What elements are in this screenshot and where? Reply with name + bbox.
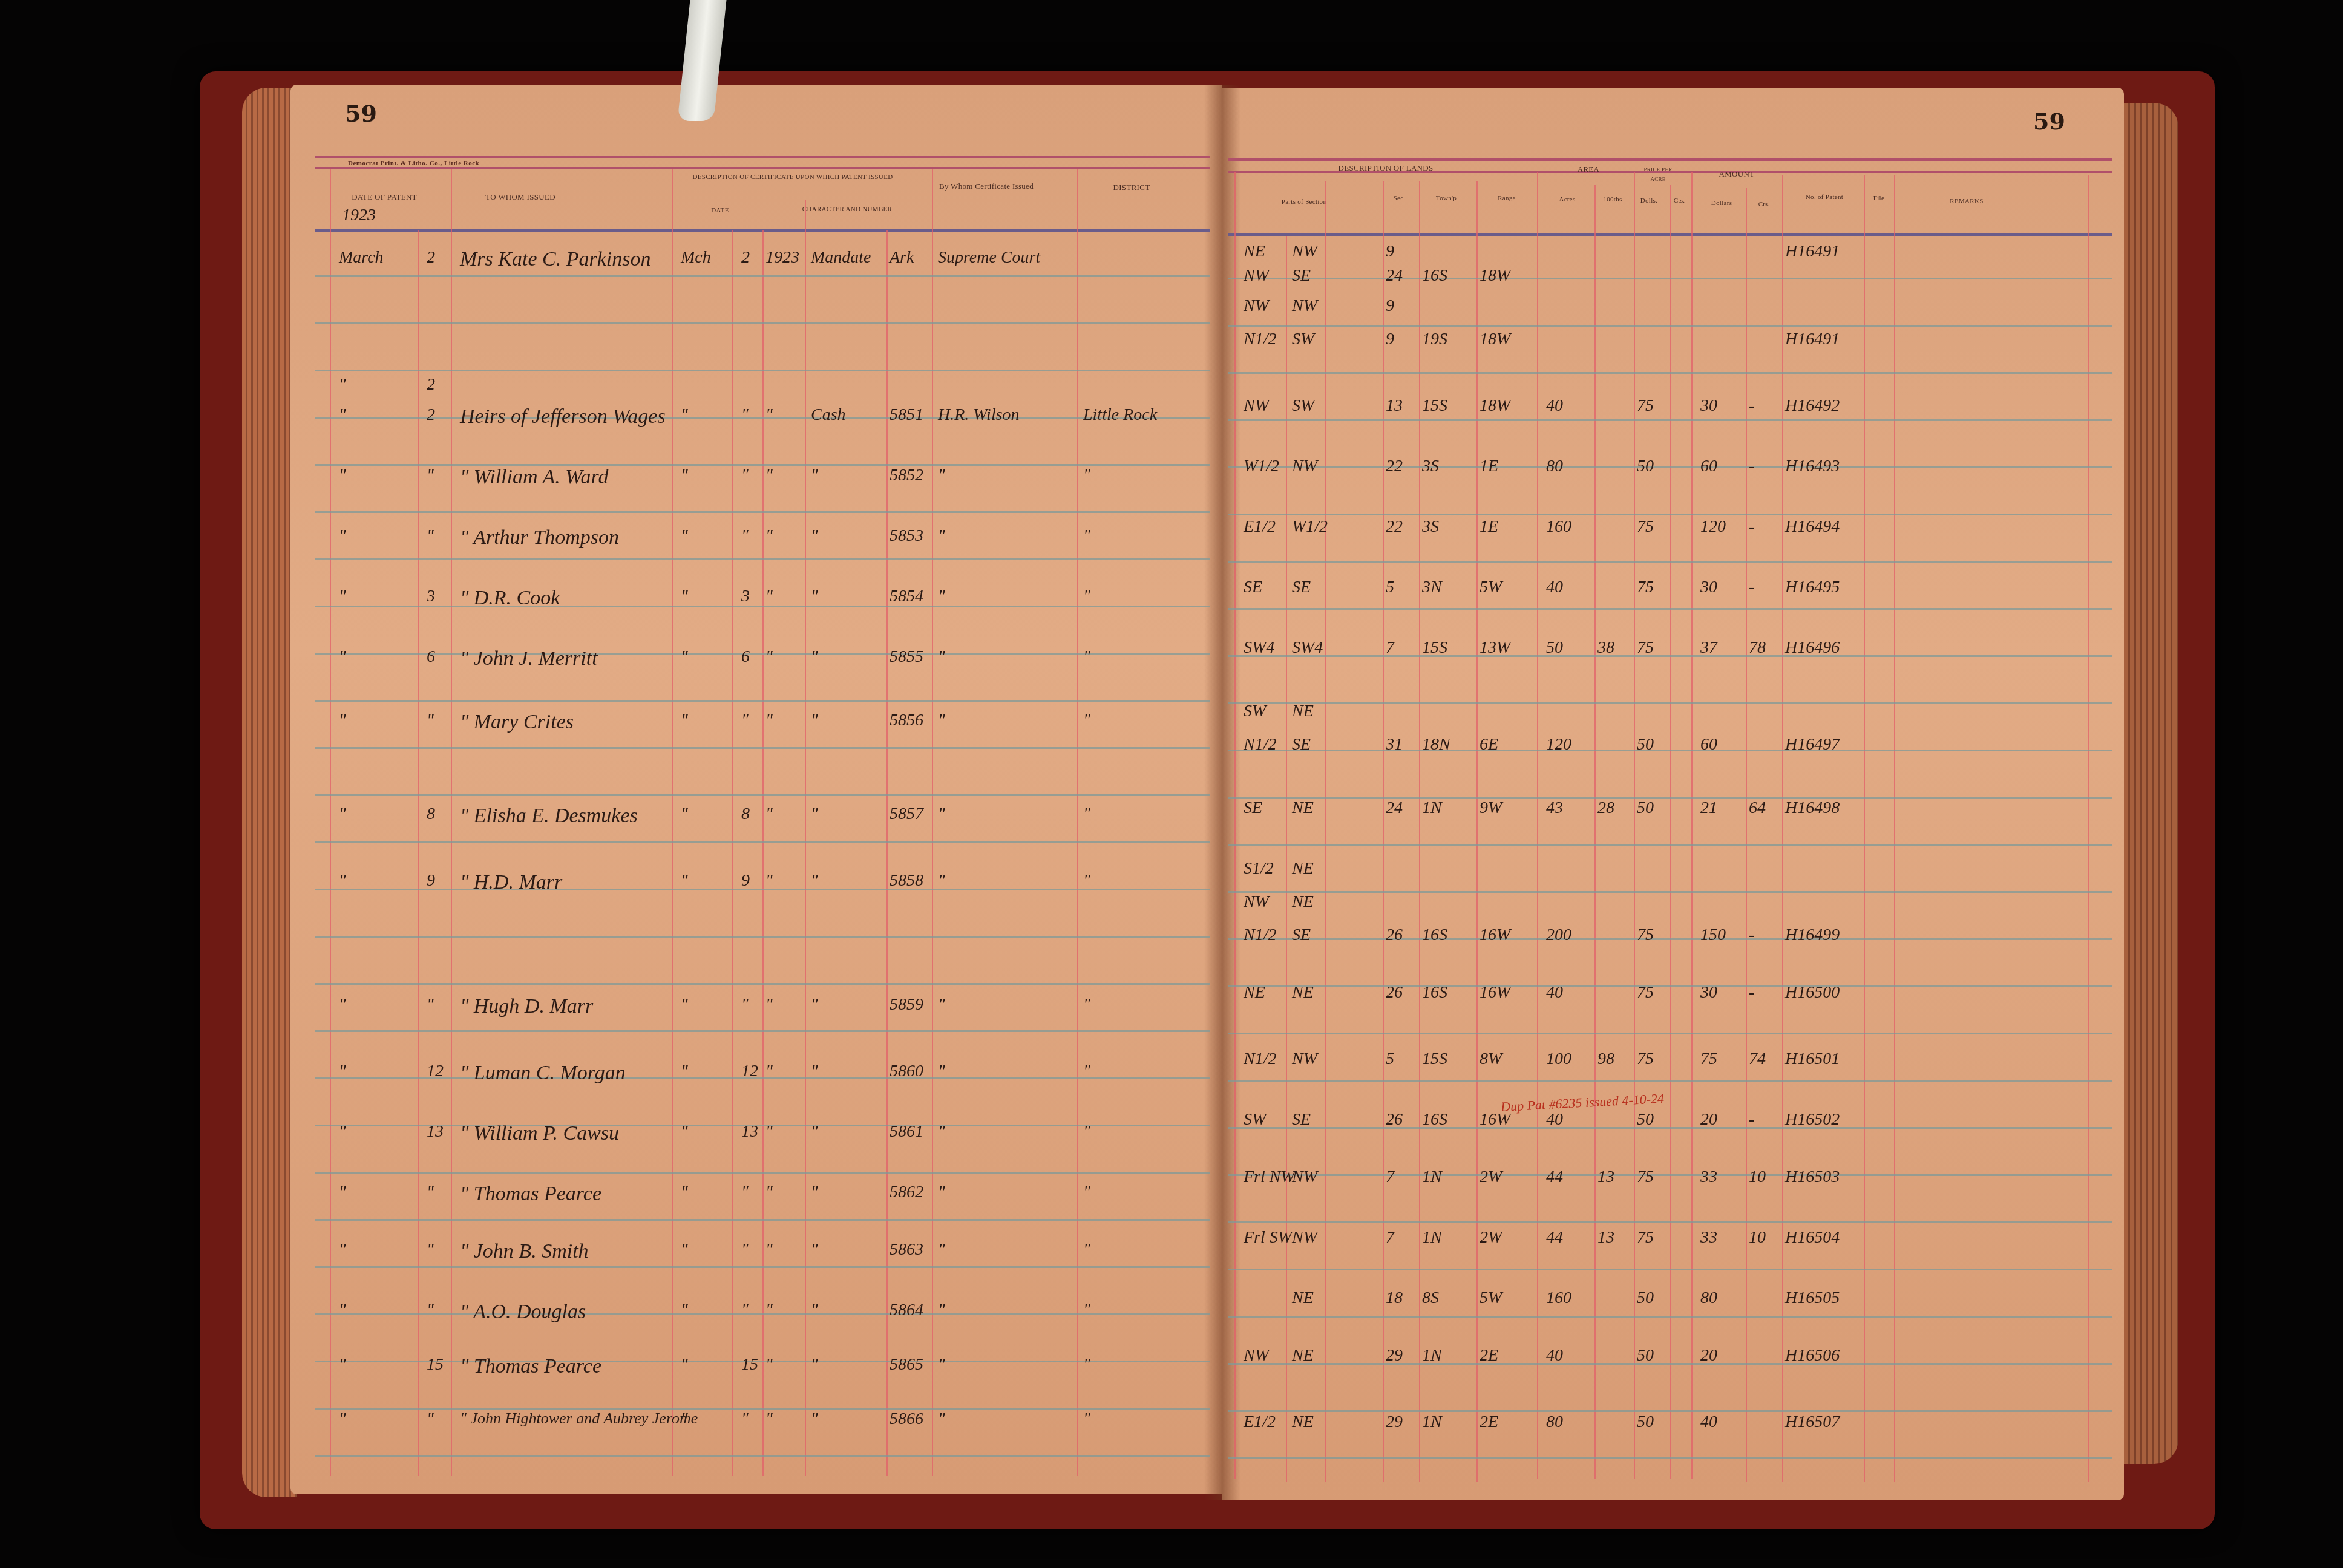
right-cell-acres: 40 — [1546, 396, 1563, 416]
right-cell-acres: 40 — [1546, 1110, 1563, 1129]
left-cell-cert-day: 12 — [741, 1062, 758, 1081]
right-cell-twp: 8S — [1422, 1289, 1439, 1308]
left-cell-character: " — [811, 1301, 818, 1320]
left-cell-by-whom: " — [938, 526, 945, 546]
left-cell-character: " — [811, 1183, 818, 1202]
right-cell-sec: 7 — [1386, 638, 1394, 658]
left-cell-day: 12 — [427, 1062, 444, 1081]
left-cell-day: " — [427, 1410, 434, 1429]
left-cell-by-whom: " — [938, 1355, 945, 1374]
left-cell-cert-month: " — [681, 1240, 688, 1259]
left-cell-day: 2 — [427, 248, 435, 267]
row-rule — [1228, 514, 2112, 515]
right-cell-acres: 44 — [1546, 1228, 1563, 1247]
left-cell-month: " — [339, 375, 346, 394]
left-cell-name: Heirs of Jefferson Wages — [460, 405, 666, 428]
right-cell-range: 9W — [1480, 799, 1502, 818]
header-year: 1923 — [342, 206, 376, 225]
right-cell-sec: 24 — [1386, 799, 1403, 818]
right-cell-range: 1E — [1480, 517, 1498, 537]
left-cell-month: " — [339, 871, 346, 890]
right-cell-cts: - — [1749, 983, 1754, 1002]
row-rule — [315, 417, 1210, 419]
column-rule — [1782, 175, 1783, 1482]
page-edges-left — [242, 88, 297, 1497]
right-cell-twp: 1N — [1422, 1346, 1442, 1365]
right-cell-twp: 1N — [1422, 1413, 1442, 1432]
right-cell-sec: 26 — [1386, 926, 1403, 945]
left-cell-day: " — [427, 526, 434, 546]
right-cell-part: NW — [1244, 1346, 1269, 1365]
row-rule — [1228, 797, 2112, 799]
row-rule — [315, 1077, 1210, 1079]
right-cell-acres: 40 — [1546, 983, 1563, 1002]
row-rule — [1228, 325, 2112, 327]
right-cell-price: 75 — [1637, 578, 1654, 597]
left-cell-cert-month: " — [681, 1062, 688, 1081]
right-cell-patent: H16491 — [1785, 242, 1840, 261]
left-cell-district: " — [1083, 1183, 1090, 1202]
left-cell-cert-year: " — [765, 995, 773, 1014]
right-cell-dollars: 30 — [1700, 578, 1717, 597]
header-district: DISTRICT — [1083, 183, 1180, 192]
left-cell-character: " — [811, 1355, 818, 1374]
left-cell-by-whom: " — [938, 871, 945, 890]
left-cell-character: " — [811, 466, 818, 485]
left-cell-by-whom: " — [938, 995, 945, 1014]
right-cell-range: 16W — [1480, 926, 1510, 945]
left-cell-day: 2 — [427, 405, 435, 425]
left-cell-month: " — [339, 466, 346, 485]
right-cell-quarter: SE — [1292, 266, 1311, 286]
right-cell-hund: 28 — [1597, 799, 1614, 818]
right-cell-sec: 22 — [1386, 517, 1403, 537]
right-cell-range: 8W — [1480, 1050, 1502, 1069]
header-amount: AMOUNT — [1694, 169, 1779, 179]
left-cell-month: " — [339, 526, 346, 546]
left-cell-number: Ark — [890, 248, 914, 267]
left-cell-number: 5862 — [890, 1183, 923, 1202]
column-rule — [1419, 181, 1420, 1482]
left-cell-district: " — [1083, 1301, 1090, 1320]
left-cell-character: " — [811, 647, 818, 667]
header-by-whom: By Whom Certificate Issued — [932, 181, 1041, 191]
right-cell-part: SE — [1244, 578, 1262, 597]
column-rule — [1746, 188, 1747, 1482]
right-cell-dollars: 30 — [1700, 396, 1717, 416]
right-cell-quarter: SE — [1292, 578, 1311, 597]
right-cell-price: 75 — [1637, 638, 1654, 658]
left-cell-cert-day: 8 — [741, 805, 750, 824]
left-cell-by-whom: " — [938, 587, 945, 606]
right-cell-acres: 43 — [1546, 799, 1563, 818]
right-cell-dollars: 33 — [1700, 1228, 1717, 1247]
right-cell-sec: 9 — [1386, 330, 1394, 349]
right-cell-cts: 64 — [1749, 799, 1766, 818]
row-rule — [1228, 419, 2112, 421]
right-cell-patent: H16507 — [1785, 1413, 1840, 1432]
right-cell-twp: 16S — [1422, 926, 1447, 945]
left-cell-district: " — [1083, 526, 1090, 546]
left-cell-number: 5859 — [890, 995, 923, 1014]
left-cell-name: " John J. Merritt — [460, 647, 598, 670]
column-rule — [1286, 236, 1287, 1482]
left-cell-name: " Luman C. Morgan — [460, 1062, 626, 1085]
right-cell-part: E1/2 — [1244, 1413, 1276, 1432]
right-cell-acres: 80 — [1546, 1413, 1563, 1432]
left-cell-day: 2 — [427, 375, 435, 394]
right-cell-patent: H16493 — [1785, 457, 1840, 476]
left-cell-number: 5858 — [890, 871, 923, 890]
right-cell-quarter: NW — [1292, 457, 1317, 476]
left-cell-by-whom: " — [938, 1122, 945, 1142]
right-cell-sec: 7 — [1386, 1228, 1394, 1247]
left-cell-cert-month: " — [681, 711, 688, 730]
right-cell-price: 75 — [1637, 396, 1654, 416]
left-cell-character: " — [811, 711, 818, 730]
left-cell-by-whom: " — [938, 647, 945, 667]
right-cell-twp: 1N — [1422, 799, 1442, 818]
right-cell-dollars: 30 — [1700, 983, 1717, 1002]
left-cell-district: " — [1083, 805, 1090, 824]
right-cell-price: 75 — [1637, 517, 1654, 537]
right-cell-range: 1E — [1480, 457, 1498, 476]
left-cell-name: " A.O. Douglas — [460, 1301, 586, 1324]
right-cell-twp: 16S — [1422, 1110, 1447, 1129]
header-parts-of-section: Parts of Section — [1240, 197, 1368, 207]
row-rule — [1228, 844, 2112, 846]
left-cell-number: 5852 — [890, 466, 923, 485]
right-cell-part: Frl SW — [1244, 1228, 1292, 1247]
right-cell-sec: 26 — [1386, 1110, 1403, 1129]
right-cell-dollars: 37 — [1700, 638, 1717, 658]
column-rule — [2088, 175, 2089, 1482]
left-cell-district: " — [1083, 587, 1090, 606]
left-cell-cert-year: " — [765, 1183, 773, 1202]
right-cell-sec: 29 — [1386, 1413, 1403, 1432]
column-rule — [1894, 175, 1895, 1482]
left-cell-cert-month: " — [681, 466, 688, 485]
right-cell-range: 13W — [1480, 638, 1510, 658]
left-cell-name: " Hugh D. Marr — [460, 995, 593, 1018]
right-cell-twp: 16S — [1422, 266, 1447, 286]
right-cell-hund: 13 — [1597, 1168, 1614, 1187]
right-cell-quarter: NE — [1292, 1346, 1314, 1365]
right-cell-cts: 10 — [1749, 1228, 1766, 1247]
left-cell-district: " — [1083, 1240, 1090, 1259]
left-cell-name: " Arthur Thompson — [460, 526, 619, 549]
right-cell-cts: - — [1749, 1110, 1754, 1129]
left-cell-day: 13 — [427, 1122, 444, 1142]
right-cell-part: N1/2 — [1244, 330, 1276, 349]
row-rule — [1228, 1127, 2112, 1129]
header-date-of-patent: DATE OF PATENT — [327, 192, 442, 202]
column-rule — [805, 200, 806, 1476]
right-cell-sec: 9 — [1386, 242, 1394, 261]
right-cell-dollars: 40 — [1700, 1413, 1717, 1432]
left-cell-cert-month: " — [681, 1122, 688, 1142]
row-rule — [1228, 1033, 2112, 1034]
column-rule — [1670, 185, 1671, 1479]
left-cell-cert-day: " — [741, 711, 749, 730]
right-cell-acres: 100 — [1546, 1050, 1571, 1069]
header-remarks: REMARKS — [1906, 197, 2027, 206]
left-cell-character: " — [811, 1122, 818, 1142]
right-cell-price: 75 — [1637, 1168, 1654, 1187]
right-cell-patent: H16504 — [1785, 1228, 1840, 1247]
right-cell-quarter: SW — [1292, 330, 1314, 349]
row-rule — [1228, 466, 2112, 468]
right-cell-patent: H16500 — [1785, 983, 1840, 1002]
right-cell-twp: 15S — [1422, 638, 1447, 658]
row-rule — [315, 653, 1210, 655]
right-cell-part: N1/2 — [1244, 1050, 1276, 1069]
column-rule — [451, 169, 452, 1476]
left-cell-character: Cash — [811, 405, 846, 425]
right-cell-dollars: 120 — [1700, 517, 1726, 537]
row-rule — [315, 1313, 1210, 1315]
right-cell-acres: 40 — [1546, 578, 1563, 597]
right-cell-sec: 13 — [1386, 396, 1403, 416]
left-cell-cert-year: " — [765, 1410, 773, 1429]
left-cell-cert-year: " — [765, 711, 773, 730]
left-cell-day: 6 — [427, 647, 435, 667]
right-cell-dollars: 75 — [1700, 1050, 1717, 1069]
row-rule — [1228, 750, 2112, 751]
right-cell-range: 18W — [1480, 396, 1510, 416]
header-rule-top-right — [1228, 158, 2112, 161]
right-cell-twp: 3S — [1422, 517, 1439, 537]
column-rule — [1476, 181, 1478, 1482]
row-rule — [1228, 1457, 2112, 1459]
right-cell-quarter: NW — [1292, 296, 1317, 316]
left-cell-district: " — [1083, 711, 1090, 730]
right-cell-cts: - — [1749, 578, 1754, 597]
left-cell-by-whom: H.R. Wilson — [938, 405, 1020, 425]
left-cell-by-whom: Supreme Court — [938, 248, 1040, 267]
right-cell-sec: 29 — [1386, 1346, 1403, 1365]
right-cell-twp: 3N — [1422, 578, 1442, 597]
right-cell-quarter: NE — [1292, 892, 1314, 912]
left-cell-cert-day: 15 — [741, 1355, 758, 1374]
left-cell-number: 5853 — [890, 526, 923, 546]
left-cell-day: 8 — [427, 805, 435, 824]
left-cell-cert-day: " — [741, 1301, 749, 1320]
right-cell-price: 50 — [1637, 457, 1654, 476]
left-cell-cert-year: " — [765, 1062, 773, 1081]
column-rule — [1537, 172, 1538, 1479]
left-cell-cert-year: " — [765, 805, 773, 824]
row-rule — [315, 464, 1210, 466]
right-cell-quarter: NE — [1292, 702, 1314, 721]
left-cell-number: 5857 — [890, 805, 923, 824]
right-cell-sec: 5 — [1386, 1050, 1394, 1069]
header-rule-top-left — [315, 156, 1210, 158]
left-cell-month: " — [339, 1301, 346, 1320]
right-cell-price: 75 — [1637, 983, 1654, 1002]
left-cell-cert-year: " — [765, 526, 773, 546]
right-cell-range: 16W — [1480, 983, 1510, 1002]
right-cell-sec: 24 — [1386, 266, 1403, 286]
left-cell-by-whom: " — [938, 1240, 945, 1259]
right-cell-hund: 13 — [1597, 1228, 1614, 1247]
right-cell-quarter: NW — [1292, 1050, 1317, 1069]
header-to-whom-issued: TO WHOM ISSUED — [448, 192, 593, 202]
left-cell-cert-month: " — [681, 1355, 688, 1374]
left-cell-name: " H.D. Marr — [460, 871, 562, 894]
right-cell-part: SE — [1244, 799, 1262, 818]
row-rule — [315, 558, 1210, 560]
left-cell-by-whom: " — [938, 1183, 945, 1202]
row-rule — [1228, 561, 2112, 563]
right-cell-part: W1/2 — [1244, 457, 1279, 476]
right-cell-quarter: NW — [1292, 1228, 1317, 1247]
right-cell-acres: 200 — [1546, 926, 1571, 945]
row-rule — [1228, 278, 2112, 279]
column-rule — [330, 169, 331, 1476]
right-cell-patent: H16502 — [1785, 1110, 1840, 1129]
left-cell-cert-year: " — [765, 1122, 773, 1142]
right-cell-range: 2E — [1480, 1346, 1498, 1365]
right-cell-price: 75 — [1637, 1228, 1654, 1247]
left-cell-name: " Mary Crites — [460, 711, 574, 734]
right-cell-part: Frl NW — [1244, 1168, 1295, 1187]
left-cell-by-whom: " — [938, 466, 945, 485]
left-cell-cert-day: " — [741, 995, 749, 1014]
column-rule — [1234, 172, 1236, 1479]
left-cell-cert-year: " — [765, 871, 773, 890]
right-cell-range: 2E — [1480, 1413, 1498, 1432]
header-dolls: Dolls. — [1634, 196, 1664, 206]
left-cell-month: " — [339, 711, 346, 730]
right-cell-price: 50 — [1637, 799, 1654, 818]
left-cell-cert-year: " — [765, 647, 773, 667]
header-range: Range — [1480, 194, 1534, 203]
left-cell-cert-year: " — [765, 1355, 773, 1374]
left-cell-month: " — [339, 1240, 346, 1259]
row-rule — [1228, 985, 2112, 987]
left-cell-cert-month: " — [681, 526, 688, 546]
left-cell-cert-year: " — [765, 1240, 773, 1259]
right-cell-quarter: SW4 — [1292, 638, 1323, 658]
right-cell-hund: 98 — [1597, 1050, 1614, 1069]
row-rule — [315, 841, 1210, 843]
left-cell-by-whom: " — [938, 711, 945, 730]
left-page — [290, 85, 1222, 1494]
right-cell-acres: 120 — [1546, 735, 1571, 754]
column-rule — [1325, 181, 1326, 1482]
left-cell-cert-month: " — [681, 1410, 688, 1429]
row-rule — [315, 1266, 1210, 1268]
right-cell-part: SW — [1244, 702, 1266, 721]
right-cell-dollars: 21 — [1700, 799, 1717, 818]
header-description-of-lands: DESCRIPTION OF LANDS — [1289, 163, 1483, 173]
printer-imprint: Democrat Print. & Litho. Co., Little Roc… — [348, 160, 479, 167]
right-cell-patent: H16495 — [1785, 578, 1840, 597]
header-file: File — [1867, 194, 1891, 203]
left-cell-character: " — [811, 871, 818, 890]
left-cell-name: " John Hightower and Aubrey Jerome — [460, 1410, 698, 1428]
left-cell-day: 9 — [427, 871, 435, 890]
left-cell-month: " — [339, 1122, 346, 1142]
left-cell-by-whom: " — [938, 1062, 945, 1081]
left-cell-month: " — [339, 1183, 346, 1202]
column-rule — [672, 169, 673, 1476]
right-cell-part: NW — [1244, 296, 1269, 316]
left-cell-number: 5855 — [890, 647, 923, 667]
right-cell-price: 75 — [1637, 926, 1654, 945]
row-rule — [1228, 655, 2112, 657]
right-cell-sec: 7 — [1386, 1168, 1394, 1187]
left-cell-day: 15 — [427, 1355, 444, 1374]
left-cell-name: Mrs Kate C. Parkinson — [460, 248, 650, 271]
right-cell-twp: 19S — [1422, 330, 1447, 349]
right-cell-patent: H16492 — [1785, 396, 1840, 416]
left-cell-cert-month: " — [681, 995, 688, 1014]
left-cell-name: " Thomas Pearce — [460, 1355, 601, 1378]
right-cell-range: 5W — [1480, 578, 1502, 597]
header-price-per-acre: PRICE PER ACRE — [1637, 165, 1679, 184]
right-cell-acres: 80 — [1546, 457, 1563, 476]
row-rule — [315, 370, 1210, 371]
row-rule — [315, 606, 1210, 607]
right-cell-sec: 22 — [1386, 457, 1403, 476]
left-cell-by-whom: " — [938, 805, 945, 824]
right-cell-quarter: SW — [1292, 396, 1314, 416]
right-cell-part: S1/2 — [1244, 859, 1274, 878]
right-cell-part: N1/2 — [1244, 926, 1276, 945]
right-cell-cts: - — [1749, 926, 1754, 945]
left-cell-district: " — [1083, 1122, 1090, 1142]
header-amount-cts: Cts. — [1752, 200, 1776, 209]
right-cell-dollars: 150 — [1700, 926, 1726, 945]
left-cell-cert-month: Mch — [681, 248, 711, 267]
right-cell-patent: H16498 — [1785, 799, 1840, 818]
row-rule — [1228, 1221, 2112, 1223]
left-cell-character: " — [811, 1240, 818, 1259]
column-rule — [1634, 172, 1635, 1479]
header-sec: Sec. — [1383, 194, 1416, 203]
left-cell-number: 5860 — [890, 1062, 923, 1081]
left-cell-number: 5863 — [890, 1240, 923, 1259]
right-cell-cts: - — [1749, 396, 1754, 416]
row-rule — [1228, 702, 2112, 704]
right-cell-patent: H16505 — [1785, 1289, 1840, 1308]
row-rule — [1228, 1080, 2112, 1082]
right-cell-dollars: 80 — [1700, 1289, 1717, 1308]
row-rule — [315, 1361, 1210, 1362]
column-rule — [932, 169, 933, 1476]
right-cell-range: 18W — [1480, 330, 1510, 349]
left-cell-cert-year: " — [765, 466, 773, 485]
left-cell-name: " William P. Cawsu — [460, 1122, 619, 1145]
right-page — [1222, 88, 2124, 1500]
right-cell-quarter: NW — [1292, 1168, 1317, 1187]
right-cell-patent: H16506 — [1785, 1346, 1840, 1365]
row-rule — [315, 1172, 1210, 1174]
right-cell-part: NE — [1244, 242, 1265, 261]
header-township: Town'p — [1419, 194, 1473, 203]
left-cell-number: 5854 — [890, 587, 923, 606]
right-cell-twp: 15S — [1422, 396, 1447, 416]
right-cell-quarter: NE — [1292, 799, 1314, 818]
right-cell-sec: 18 — [1386, 1289, 1403, 1308]
column-rule — [1691, 172, 1693, 1479]
left-cell-month: " — [339, 1355, 346, 1374]
row-rule — [1228, 608, 2112, 610]
left-cell-by-whom: " — [938, 1410, 945, 1429]
left-cell-month: " — [339, 647, 346, 667]
